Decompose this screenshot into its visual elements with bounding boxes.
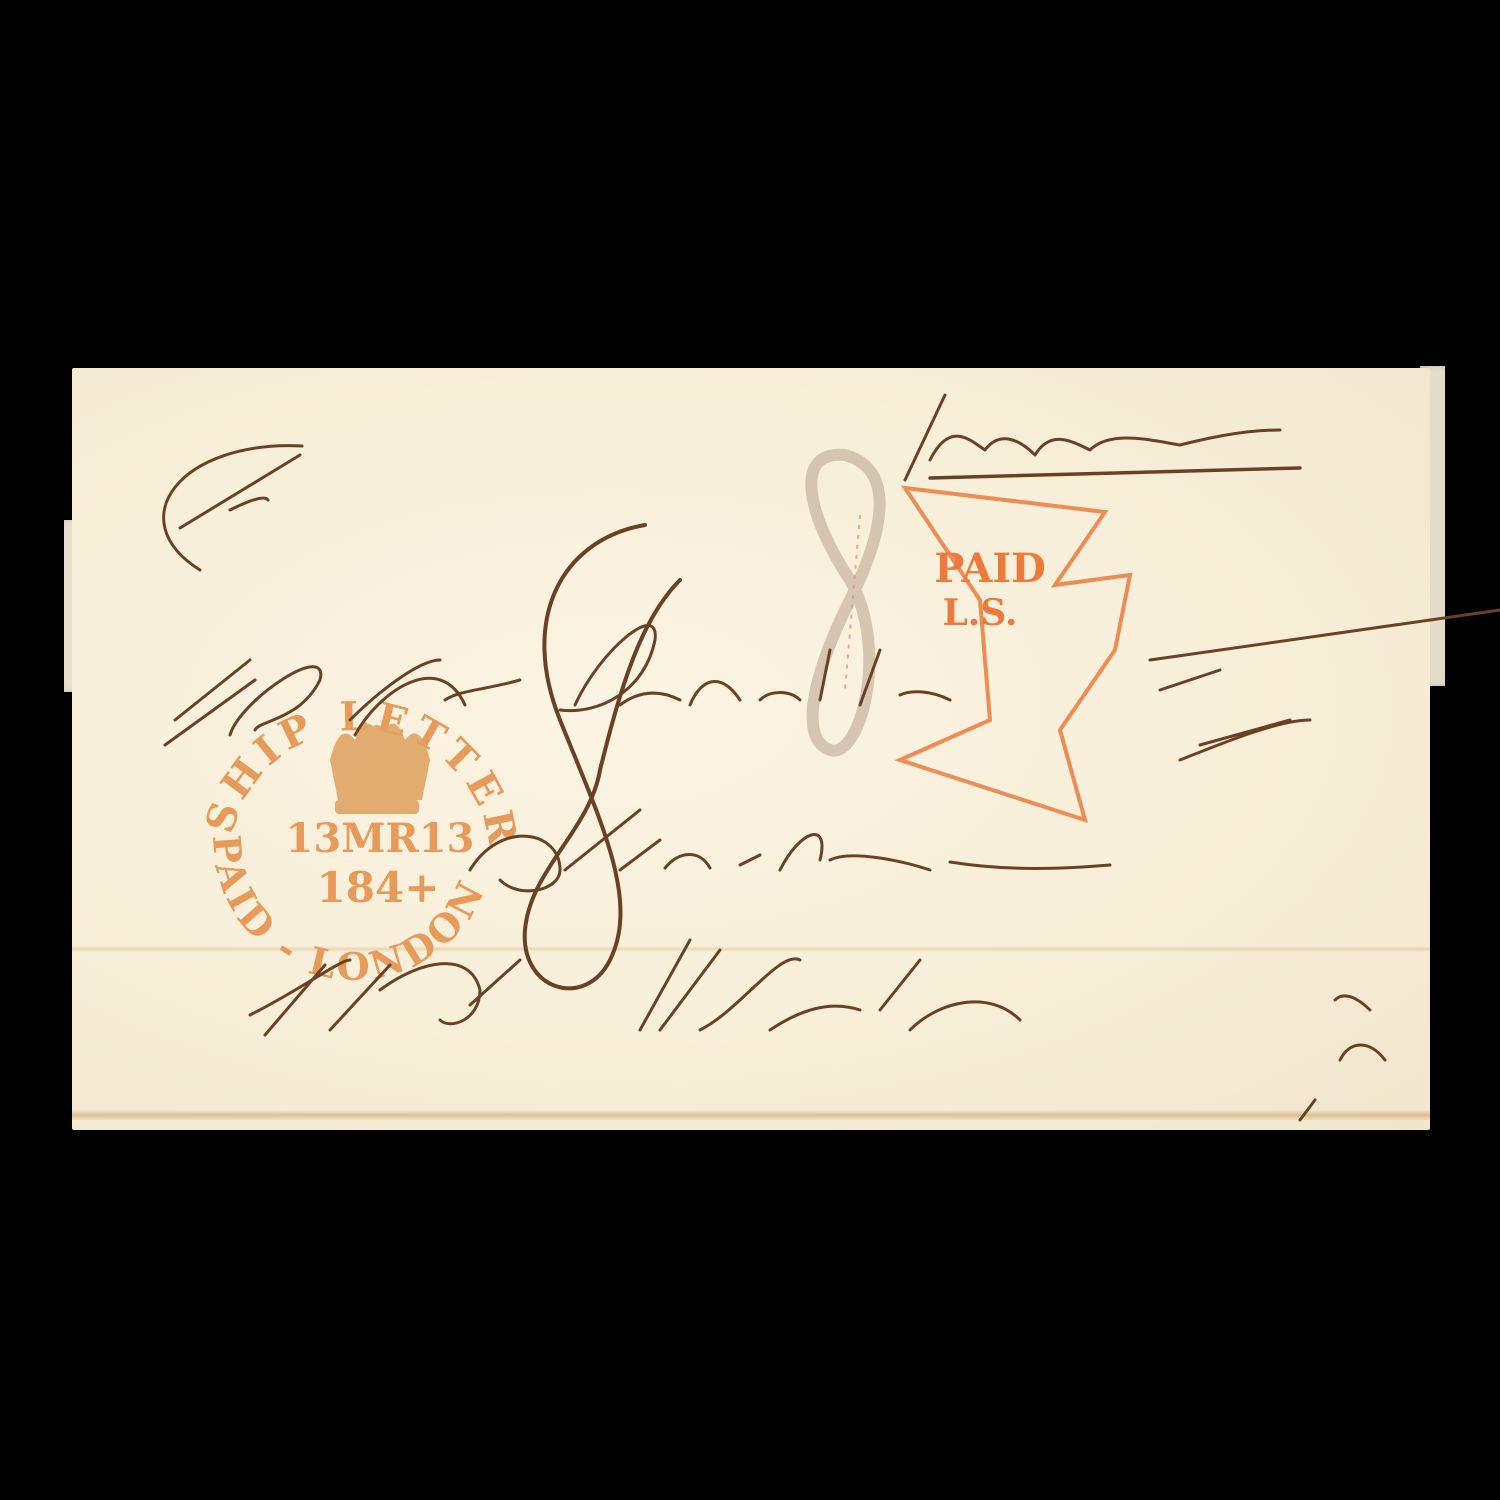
paid-note-stroke bbox=[905, 395, 1280, 480]
cover-markings: SHIP LETTER PAID - LONDON 13MR13 184+ PA… bbox=[0, 0, 1500, 1500]
postmark-year: 184+ bbox=[317, 863, 440, 912]
crown-icon bbox=[330, 724, 430, 814]
rate-mark-stroke bbox=[525, 525, 680, 988]
ink-offset-loop bbox=[811, 455, 879, 751]
maltese-cross-icon bbox=[900, 488, 1130, 820]
cross-stamp-line2: L.S. bbox=[942, 592, 1017, 634]
ship-letter-postmark: SHIP LETTER PAID - LONDON 13MR13 184+ bbox=[196, 693, 527, 989]
cross-stamp-line1: PAID bbox=[934, 545, 1046, 592]
postmark-date: 13MR13 bbox=[286, 815, 475, 862]
paid-ls-cross-stamp: PAID L.S. bbox=[845, 488, 1130, 820]
